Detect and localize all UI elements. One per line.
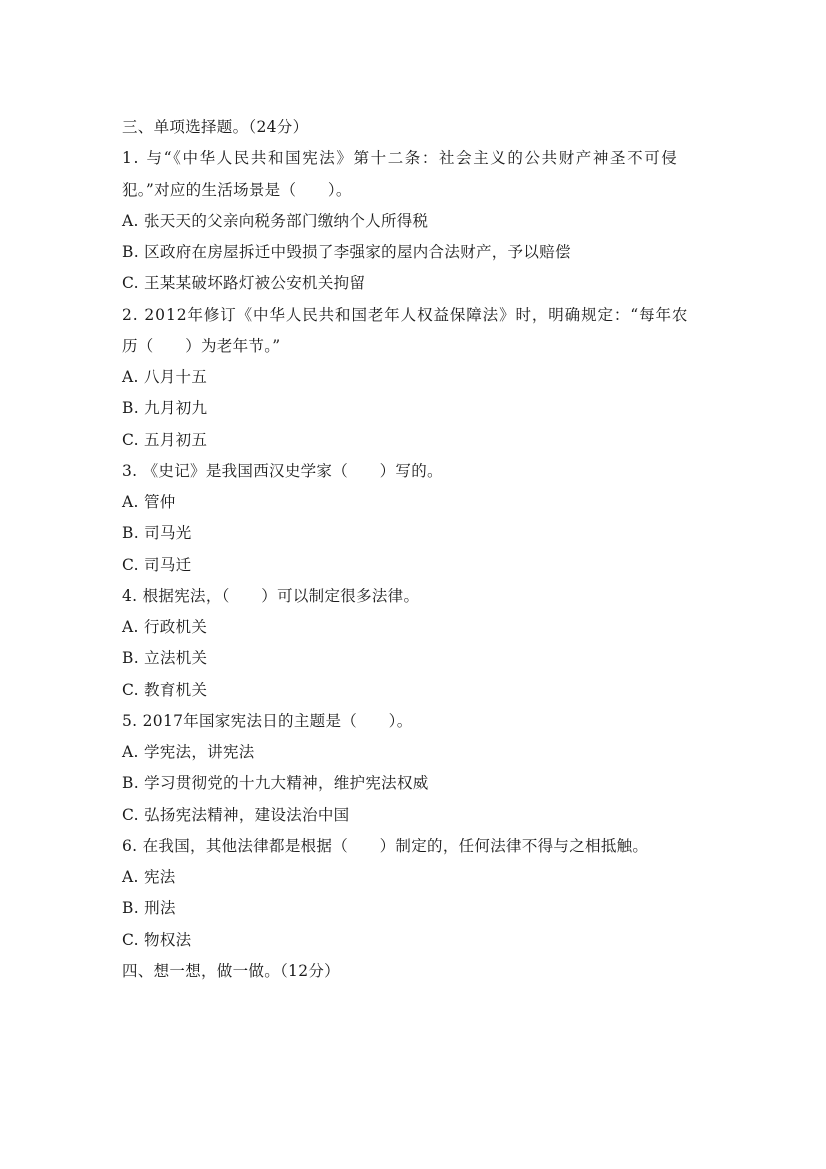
question-text: 5. 2017年国家宪法日的主题是（ ）。 — [122, 706, 722, 737]
section-3-heading: 三、单项选择题。（24分） — [122, 112, 722, 143]
question-text: 2. 2012年修订《中华人民共和国老年人权益保障法》时，明确规定：“每年农 — [122, 300, 722, 331]
question-text: 历（ ）为老年节。” — [122, 331, 722, 362]
question-5: 5. 2017年国家宪法日的主题是（ ）。 A. 学宪法，讲宪法 B. 学习贯彻… — [122, 706, 722, 831]
question-2: 2. 2012年修订《中华人民共和国老年人权益保障法》时，明确规定：“每年农 历… — [122, 300, 722, 456]
question-text: 犯。”对应的生活场景是（ ）。 — [122, 175, 722, 206]
option-b: B. 九月初九 — [122, 393, 722, 424]
option-a: A. 学宪法，讲宪法 — [122, 737, 722, 768]
option-c: C. 教育机关 — [122, 675, 722, 706]
section-4-heading: 四、想一想，做一做。（12分） — [122, 956, 722, 987]
option-b: B. 区政府在房屋拆迁中毁损了李强家的屋内合法财产，予以赔偿 — [122, 237, 722, 268]
option-c: C. 弘扬宪法精神，建设法治中国 — [122, 800, 722, 831]
option-c: C. 物权法 — [122, 925, 722, 956]
option-a: A. 管仲 — [122, 487, 722, 518]
option-b: B. 学习贯彻党的十九大精神，维护宪法权威 — [122, 768, 722, 799]
option-c: C. 五月初五 — [122, 425, 722, 456]
question-4: 4. 根据宪法，（ ）可以制定很多法律。 A. 行政机关 B. 立法机关 C. … — [122, 581, 722, 706]
question-1: 1. 与“《中华人民共和国宪法》第十二条：社会主义的公共财产神圣不可侵 犯。”对… — [122, 143, 722, 299]
question-text: 1. 与“《中华人民共和国宪法》第十二条：社会主义的公共财产神圣不可侵 — [122, 143, 722, 174]
option-b: B. 立法机关 — [122, 643, 722, 674]
question-3: 3. 《史记》是我国西汉史学家（ ）写的。 A. 管仲 B. 司马光 C. 司马… — [122, 456, 722, 581]
question-text: 3. 《史记》是我国西汉史学家（ ）写的。 — [122, 456, 722, 487]
document-page: 三、单项选择题。（24分） 1. 与“《中华人民共和国宪法》第十二条：社会主义的… — [122, 112, 722, 987]
option-b: B. 司马光 — [122, 518, 722, 549]
option-a: A. 张天天的父亲向税务部门缴纳个人所得税 — [122, 206, 722, 237]
option-c: C. 司马迁 — [122, 550, 722, 581]
question-text: 4. 根据宪法，（ ）可以制定很多法律。 — [122, 581, 722, 612]
option-a: A. 宪法 — [122, 862, 722, 893]
option-b: B. 刑法 — [122, 893, 722, 924]
question-text: 6. 在我国，其他法律都是根据（ ）制定的，任何法律不得与之相抵触。 — [122, 831, 722, 862]
option-c: C. 王某某破坏路灯被公安机关拘留 — [122, 268, 722, 299]
option-a: A. 八月十五 — [122, 362, 722, 393]
question-6: 6. 在我国，其他法律都是根据（ ）制定的，任何法律不得与之相抵触。 A. 宪法… — [122, 831, 722, 956]
option-a: A. 行政机关 — [122, 612, 722, 643]
